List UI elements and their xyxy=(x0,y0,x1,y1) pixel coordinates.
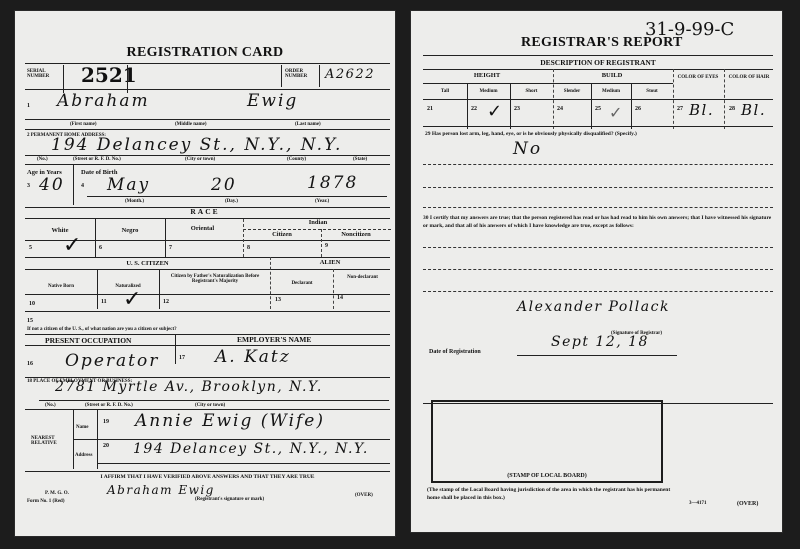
field-number: 15 xyxy=(27,318,33,324)
field-number: 1 xyxy=(27,103,30,109)
divider xyxy=(95,219,96,257)
occupation-header: PRESENT OCCUPATION xyxy=(45,336,131,345)
field-number: 14 xyxy=(337,295,343,301)
employer-header: EMPLOYER'S NAME xyxy=(237,335,311,344)
divider xyxy=(97,463,390,464)
name-sublabel-last: (Last name) xyxy=(295,122,321,127)
divider xyxy=(423,269,773,270)
address-sublabel: (No.) xyxy=(37,157,48,162)
q29-answer: No xyxy=(513,139,542,159)
divider xyxy=(423,247,773,248)
field-number: 6 xyxy=(99,245,102,251)
divider xyxy=(517,355,677,356)
divider xyxy=(165,219,166,257)
divider xyxy=(25,155,390,156)
relative-address-label: Address xyxy=(75,453,92,458)
naturalized-checkmark: ✓ xyxy=(123,287,141,312)
divider xyxy=(25,164,390,165)
dob-month: May xyxy=(107,175,150,195)
name-sublabel-middle: (Middle name) xyxy=(175,122,207,127)
affirm-text: I AFFIRM THAT I HAVE VERIFIED ABOVE ANSW… xyxy=(25,475,390,481)
employment-sublabel: (No.) xyxy=(45,403,56,408)
registrant-signature: Abraham Ewig xyxy=(107,483,215,497)
address-sublabel: (County) xyxy=(287,157,306,162)
field-number: 8 xyxy=(247,245,250,251)
form-number: Form No. 1 (Red) xyxy=(27,499,65,504)
over-label: (OVER) xyxy=(355,493,373,498)
divider xyxy=(25,311,390,312)
height-header: HEIGHT xyxy=(423,72,551,79)
serial-number: 2521 xyxy=(81,63,137,87)
divider xyxy=(25,89,390,90)
divider xyxy=(25,377,390,378)
divider xyxy=(423,187,773,188)
relative-name-label: Name xyxy=(76,425,89,430)
description-header: DESCRIPTION OF REGISTRANT xyxy=(423,58,773,67)
form-id: P. M. G. O. xyxy=(45,491,69,496)
build-medium-label: Medium xyxy=(591,89,631,94)
dob-sublabel: (Year.) xyxy=(315,199,329,204)
alien-header: ALIEN xyxy=(270,259,390,266)
divider xyxy=(25,119,390,120)
divider xyxy=(423,207,773,208)
divider xyxy=(175,334,176,364)
build-header: BUILD xyxy=(553,72,671,79)
age-value: 40 xyxy=(39,175,65,195)
divider xyxy=(243,229,391,230)
registrar-report-back: REGISTRAR'S REPORT 31-9-99-C DESCRIPTION… xyxy=(410,10,783,533)
field-number: 10 xyxy=(29,301,35,307)
card-title: REGISTRATION CARD xyxy=(15,45,395,61)
field-number: 24 xyxy=(557,106,563,112)
field-number: 7 xyxy=(169,245,172,251)
divider xyxy=(97,269,98,309)
divider xyxy=(333,269,334,309)
employment-sublabel: (City or town) xyxy=(195,403,225,408)
height-medium-label: Medium xyxy=(467,89,510,94)
eyes-color-value: Bl. xyxy=(689,101,714,119)
order-label: ORDER NUMBER xyxy=(285,69,321,79)
form-code: 3—4171 xyxy=(689,501,707,506)
build-slender-label: Slender xyxy=(553,89,591,94)
divider xyxy=(423,83,673,84)
field-number: 12 xyxy=(163,299,169,305)
nearest-relative-label: NEAREST RELATIVE xyxy=(31,436,71,446)
declarant-label: Declarant xyxy=(271,281,333,286)
divider xyxy=(25,409,390,410)
height-medium-checkmark: ✓ xyxy=(487,101,502,122)
employment-place-value: 2781 Myrtle Av., Brooklyn, N.Y. xyxy=(55,379,323,395)
hair-color-value: Bl. xyxy=(741,101,766,119)
first-name: Abraham xyxy=(57,91,150,111)
dob-year: 1878 xyxy=(307,173,358,193)
field-number: 27 xyxy=(677,106,683,112)
serial-label: SERIAL NUMBER xyxy=(27,69,67,79)
dob-sublabel: (Day.) xyxy=(225,199,238,204)
q30-text: 30 I certify that my answers are true; t… xyxy=(423,215,775,231)
relative-address-value: 194 Delancey St., N.Y., N.Y. xyxy=(133,441,369,457)
home-address: 194 Delancey St., N.Y., N.Y. xyxy=(51,135,342,155)
divider xyxy=(423,164,773,165)
hair-header: COLOR OF HAIR xyxy=(725,75,773,80)
field-number: 21 xyxy=(427,106,433,112)
divider xyxy=(87,196,387,197)
field-number: 11 xyxy=(101,299,107,305)
divider xyxy=(25,129,390,130)
registrar-signature: Alexander Pollack xyxy=(517,299,670,315)
divider xyxy=(423,99,773,100)
field-number: 19 xyxy=(103,419,109,425)
field-number: 25 xyxy=(595,106,601,112)
field-number: 13 xyxy=(275,297,281,303)
field-number: 28 xyxy=(729,106,735,112)
field-number: 22 xyxy=(471,106,477,112)
stamp-note: (The stamp of the Local Board having jur… xyxy=(427,487,673,502)
race-white-checkmark: ✓ xyxy=(63,233,81,258)
divider xyxy=(25,334,390,335)
race-citizen-label: Citizen xyxy=(243,231,321,238)
field-number: 4 xyxy=(81,183,84,189)
build-medium-checkmark: ✓ xyxy=(609,103,622,122)
divider xyxy=(25,294,390,295)
relative-name-value: Annie Ewig (Wife) xyxy=(135,411,325,431)
race-oriental-label: Oriental xyxy=(165,225,240,232)
native-born-label: Native Born xyxy=(25,284,97,289)
divider xyxy=(25,269,390,270)
divider xyxy=(25,63,390,64)
citizen-header: U. S. CITIZEN xyxy=(25,260,270,267)
local-board-stamp-box xyxy=(431,400,663,483)
order-number: A2622 xyxy=(325,67,375,82)
height-short-label: Short xyxy=(510,89,553,94)
build-stout-label: Stout xyxy=(631,89,673,94)
divider xyxy=(73,165,74,205)
employer-value: A. Katz xyxy=(215,347,291,367)
registration-date: Sept 12, 18 xyxy=(551,334,649,350)
divider xyxy=(73,439,390,440)
signature-label: (Registrant's signature or mark) xyxy=(195,497,264,502)
employment-sublabel: (Street or R. F. D. No.) xyxy=(85,403,133,408)
address-sublabel: (Street or R. F. D. No.) xyxy=(73,157,121,162)
date-label: Date of Registration xyxy=(429,349,481,355)
address-sublabel: (City or town) xyxy=(185,157,215,162)
registration-card-front: REGISTRATION CARD SERIAL NUMBER 2521 ORD… xyxy=(14,10,396,537)
field-number: 16 xyxy=(27,361,33,367)
race-negro-label: Negro xyxy=(95,227,165,234)
stamp-number: 31-9-99-C xyxy=(645,19,734,40)
race-white-label: White xyxy=(25,227,95,234)
non-declarant-label: Non-declarant xyxy=(335,275,390,280)
field-number: 23 xyxy=(514,106,520,112)
race-indian-header: Indian xyxy=(243,219,393,226)
divider xyxy=(25,471,390,472)
divider xyxy=(423,291,773,292)
dob-sublabel: (Month.) xyxy=(125,199,144,204)
q29-text: 29 Has person lost arm, leg, hand, eye, … xyxy=(425,132,775,138)
field-number: 9 xyxy=(325,243,328,249)
over-label: (OVER) xyxy=(737,501,758,507)
field-number: 3 xyxy=(27,183,30,189)
field-number: 20 xyxy=(103,443,109,449)
q15-text: If not a citizen of the U. S., of what n… xyxy=(27,327,177,332)
divider xyxy=(423,69,773,70)
field-number: 26 xyxy=(635,106,641,112)
divider xyxy=(423,55,773,56)
divider xyxy=(319,65,320,87)
dob-day: 20 xyxy=(211,175,237,195)
divider xyxy=(321,229,322,257)
divider xyxy=(39,400,389,401)
citizen-by-father-label: Citizen by Father's Naturalization Befor… xyxy=(161,274,269,284)
divider xyxy=(423,126,773,127)
stamp-label: (STAMP OF LOCAL BOARD) xyxy=(431,473,663,479)
last-name: Ewig xyxy=(247,91,298,111)
divider xyxy=(159,269,160,309)
eyes-header: COLOR OF EYES xyxy=(673,75,723,80)
name-sublabel-first: (First name) xyxy=(70,122,97,127)
field-number: 5 xyxy=(29,245,32,251)
field-number: 17 xyxy=(179,355,185,361)
race-header: RACE xyxy=(15,207,395,216)
address-sublabel: (State) xyxy=(353,157,367,162)
divider xyxy=(243,219,244,257)
race-noncitizen-label: Noncitizen xyxy=(321,231,391,238)
divider xyxy=(25,257,390,258)
occupation-value: Operator xyxy=(65,351,159,371)
height-tall-label: Tall xyxy=(423,89,467,94)
divider xyxy=(281,65,282,87)
divider xyxy=(25,345,390,346)
